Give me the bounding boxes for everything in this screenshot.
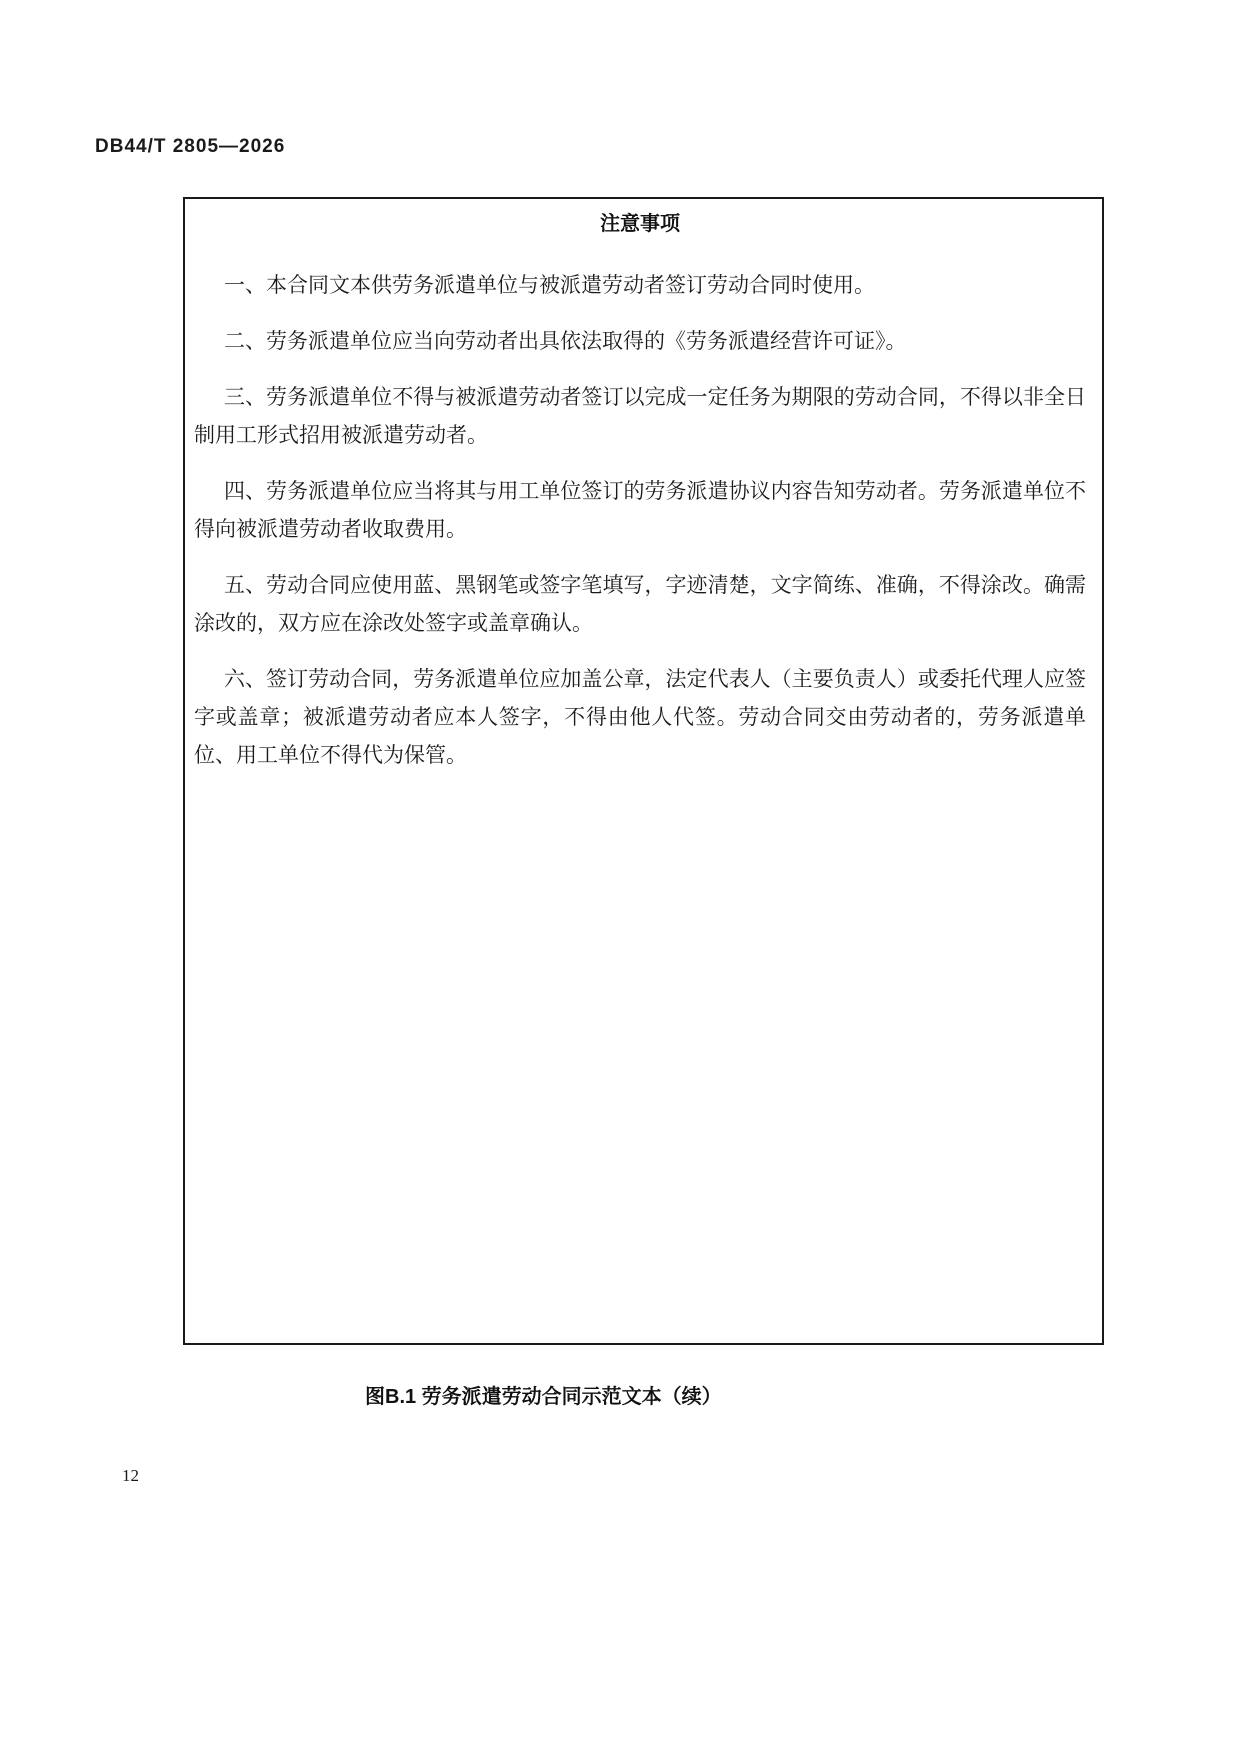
- page-number: 12: [122, 1466, 139, 1486]
- notice-paragraph-6: 六、签订劳动合同，劳务派遣单位应加盖公章，法定代表人（主要负责人）或委托代理人应…: [194, 660, 1086, 774]
- notice-box: 注意事项 一、本合同文本供劳务派遣单位与被派遣劳动者签订劳动合同时使用。 二、劳…: [183, 197, 1104, 1345]
- document-page: DB44/T 2805—2026 注意事项 一、本合同文本供劳务派遣单位与被派遣…: [0, 0, 1239, 1754]
- notice-paragraph-1: 一、本合同文本供劳务派遣单位与被派遣劳动者签订劳动合同时使用。: [194, 266, 1086, 304]
- notice-paragraph-4: 四、劳务派遣单位应当将其与用工单位签订的劳务派遣协议内容告知劳动者。劳务派遣单位…: [194, 472, 1086, 548]
- notice-paragraph-3: 三、劳务派遣单位不得与被派遣劳动者签订以完成一定任务为期限的劳动合同，不得以非全…: [194, 378, 1086, 454]
- figure-caption: 图B.1 劳务派遣劳动合同示范文本（续）: [365, 1380, 722, 1409]
- standard-number-header: DB44/T 2805—2026: [95, 136, 285, 158]
- notice-paragraph-2: 二、劳务派遣单位应当向劳动者出具依法取得的《劳务派遣经营许可证》。: [194, 322, 1086, 360]
- notice-paragraph-5: 五、劳动合同应使用蓝、黑钢笔或签字笔填写，字迹清楚，文字简练、准确，不得涂改。确…: [194, 566, 1086, 642]
- notice-title: 注意事项: [194, 207, 1086, 236]
